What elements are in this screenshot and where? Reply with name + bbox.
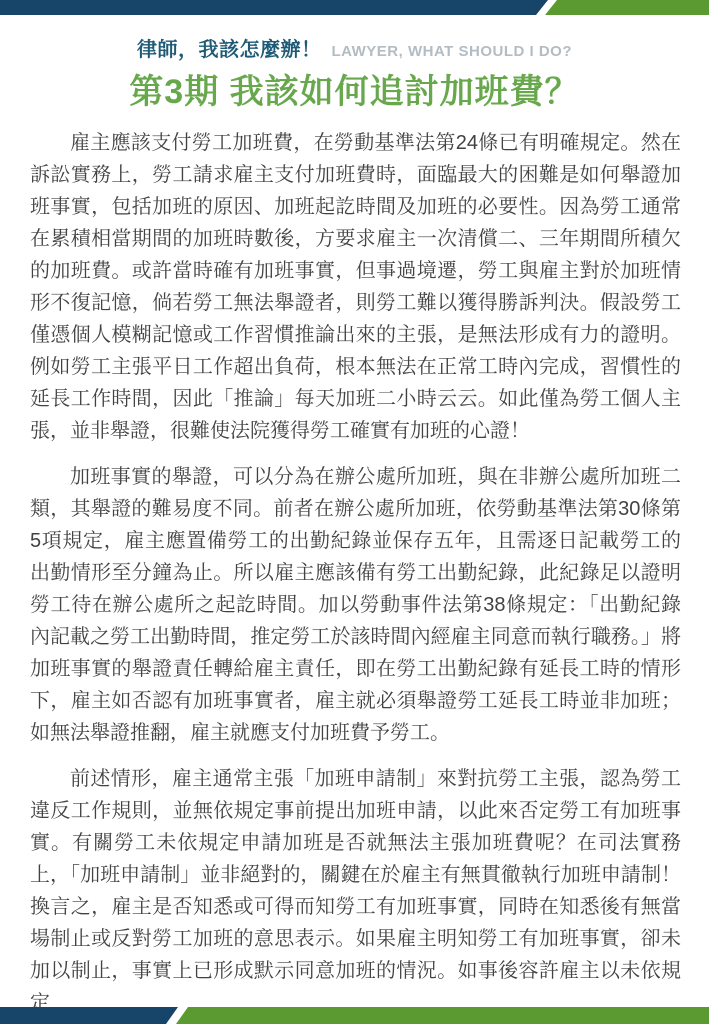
top-bar (0, 0, 709, 15)
paragraph-2: 加班事實的舉證，可以分為在辦公處所加班，與在非辦公處所加班二類，其舉證的難易度不… (30, 461, 681, 749)
paragraph-3: 前述情形，雇主通常主張「加班申請制」來對抗勞工主張，認為勞工違反工作規則，並無依… (30, 763, 681, 1019)
top-bar-navy-stripe (0, 0, 548, 15)
bottom-bar (0, 1007, 709, 1024)
paragraph-1: 雇主應該支付勞工加班費，在勞動基準法第24條已有明確規定。然在訴訟實務上，勞工請… (30, 127, 681, 447)
bottom-bar-navy-stripe (0, 1007, 178, 1024)
series-title: 律師，我該怎麼辦！ LAWYER, WHAT SHOULD I DO? (0, 38, 709, 64)
document-page: 律師，我該怎麼辦！ LAWYER, WHAT SHOULD I DO? 第3期 … (0, 0, 709, 1024)
series-title-en: LAWYER, WHAT SHOULD I DO? (331, 40, 572, 64)
top-bar-green-stripe (545, 0, 709, 15)
article-body: 雇主應該支付勞工加班費，在勞動基準法第24條已有明確規定。然在訴訟實務上，勞工請… (30, 127, 681, 1019)
page-title: 第3期 我該如何追討加班費？ (0, 74, 709, 110)
bottom-bar-green-stripe (176, 1007, 709, 1024)
series-title-zh: 律師，我該怎麼辦！ (137, 38, 322, 62)
header: 律師，我該怎麼辦！ LAWYER, WHAT SHOULD I DO? 第3期 … (0, 0, 709, 110)
